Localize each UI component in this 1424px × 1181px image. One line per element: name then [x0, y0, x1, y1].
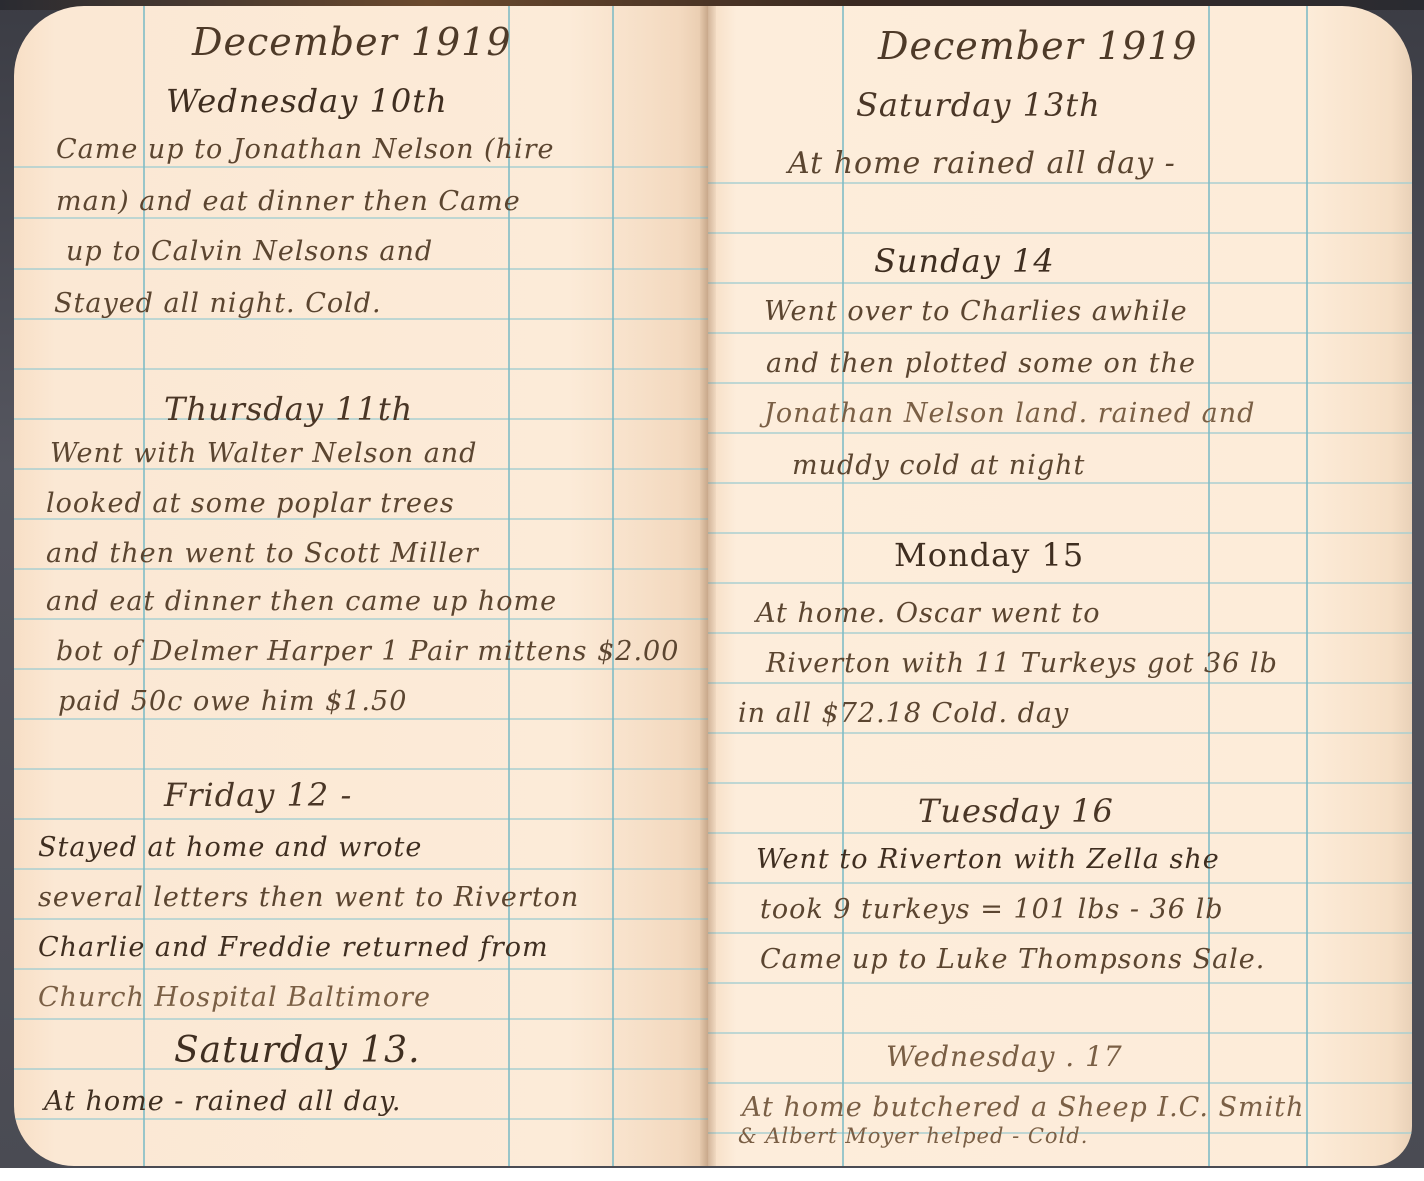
entry-day-heading: Sunday 14 — [874, 242, 1055, 280]
entry-day-heading: Tuesday 16 — [918, 792, 1114, 830]
entry-line: paid 50c owe him $1.50 — [58, 686, 407, 717]
entry-day-heading: Wednesday . 17 — [886, 1040, 1123, 1073]
entry-line: At home - rained all day. — [44, 1086, 401, 1117]
entry-line: & Albert Moyer helped - Cold. — [738, 1124, 1088, 1148]
entry-line: Came up to Jonathan Nelson (hire — [56, 134, 555, 165]
entry-line: Came up to Luke Thompsons Sale. — [760, 944, 1265, 975]
ruled-line — [14, 618, 708, 620]
entry-day-heading: Monday 15 — [894, 536, 1084, 574]
entry-line: Stayed at home and wrote — [38, 832, 422, 863]
entry-line: muddy cold at night — [792, 450, 1085, 481]
ruled-line — [14, 166, 708, 168]
month-header: December 1919 — [192, 20, 512, 64]
entry-line: At home rained all day - — [788, 146, 1176, 181]
column-rule — [612, 6, 614, 1166]
entry-line: Jonathan Nelson land. rained and — [764, 398, 1255, 429]
entry-line: and eat dinner then came up home — [46, 586, 557, 617]
ruled-line — [14, 918, 708, 920]
entry-day-heading: Thursday 11th — [164, 390, 413, 428]
ruled-line — [14, 968, 708, 970]
ruled-line — [14, 268, 708, 270]
entry-line: Charlie and Freddie returned from — [38, 932, 549, 963]
ruled-line — [14, 1118, 708, 1120]
column-rule — [1208, 6, 1210, 1166]
entry-line: up to Calvin Nelsons and — [66, 236, 433, 267]
entry-line: Went to Riverton with Zella she — [756, 844, 1220, 875]
entry-day-heading: Friday 12 - — [164, 776, 352, 814]
ruled-line — [14, 818, 708, 820]
entry-day-heading: Wednesday 10th — [166, 82, 448, 120]
entry-day-heading: Saturday 13th — [856, 86, 1101, 124]
entry-line: looked at some poplar trees — [46, 488, 455, 519]
column-rule — [1306, 6, 1308, 1166]
entry-line: Went with Walter Nelson and — [50, 438, 477, 469]
entry-line: took 9 turkeys = 101 lbs - 36 lb — [760, 894, 1224, 925]
ruled-line — [14, 868, 708, 870]
entry-line: bot of Delmer Harper 1 Pair mittens $2.0… — [56, 636, 679, 667]
entry-line: Went over to Charlies awhile — [764, 296, 1188, 327]
entry-line: Church Hospital Baltimore — [38, 982, 431, 1013]
entry-line: and then plotted some on the — [766, 348, 1196, 379]
entry-line: Riverton with 11 Turkeys got 36 lb — [766, 648, 1278, 679]
entry-line: several letters then went to Riverton — [38, 882, 579, 913]
entry-line: At home. Oscar went to — [756, 598, 1101, 629]
book-spine — [700, 6, 716, 1166]
entry-line: Stayed all night. Cold. — [54, 288, 382, 319]
ruled-line — [14, 668, 708, 670]
ruled-line — [14, 368, 708, 370]
month-header: December 1919 — [878, 24, 1198, 68]
entry-line: in all $72.18 Cold. day — [738, 698, 1069, 729]
entry-day-heading: Saturday 13. — [174, 1030, 421, 1071]
ruled-line — [14, 768, 708, 770]
ruled-line — [14, 1018, 708, 1020]
left-page: December 1919 Wednesday 10th Came up to … — [14, 6, 708, 1166]
entry-line: man) and eat dinner then Came — [56, 186, 521, 217]
entry-line: At home butchered a Sheep I.C. Smith — [742, 1092, 1305, 1123]
ruled-line — [14, 217, 708, 219]
ruled-line — [14, 718, 708, 720]
entry-line: and then went to Scott Miller — [46, 538, 479, 569]
right-page: December 1919 Saturday 13th At home rain… — [708, 6, 1412, 1166]
